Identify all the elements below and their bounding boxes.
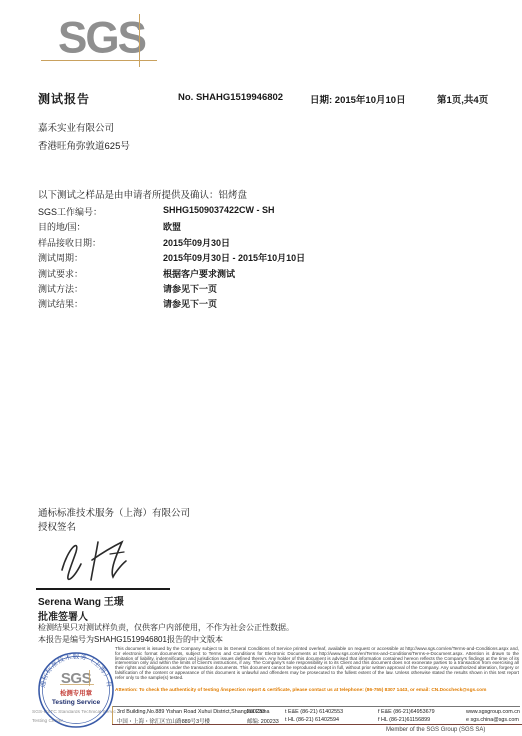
signer-name: Serena Wang 王璟 [38,593,124,608]
footer-bottom-rule [112,724,522,726]
detail-value: SHHG1509037422CW - SH [163,205,275,215]
page-indicator: 第1页,共4页 [437,92,488,106]
fax-hl: f HL (86-21)61156899 [378,717,430,723]
detail-label: 测试方法： [38,282,83,295]
detail-value: 欧盟 [163,220,181,233]
website: www.sgsgroup.com.cn [466,709,520,715]
testing-service-stamp-icon: 通标标准技术服务（上海）有限公司 SGS 检测专用章 Testing Servi… [36,650,116,730]
detail-label: 测试结果： [38,297,83,310]
address-box-left-border [112,706,113,724]
test-report-page: SGS 测试报告 No. SHAHG1519946802 日期: 2015年10… [0,0,522,736]
sgs-group-member-note: Member of the SGS Group (SGS SA) [386,727,485,733]
sgs-logo-text: SGS [58,16,145,61]
report-date: 日期: 2015年10月10日 [310,92,406,106]
table-row: 样品接收日期： 2015年09月30日 [38,236,498,251]
table-row: 目的地/国： 欧盟 [38,220,498,235]
table-row: 测试结果： 请参见下一页 [38,297,498,312]
result-scope-note: 检测结果只对测试样负责，仅供客户内部使用，不作为社会公正性数据。 [38,622,294,633]
fax-ee: f E&E (86-21)64953679 [378,709,435,715]
postcode-english: 200233 [247,709,265,715]
address-box-top-border [112,706,520,707]
report-details-table: SGS工作编号： SHHG1509037422CW - SH 目的地/国： 欧盟… [38,205,498,313]
sgs-logo-vertical-line [139,14,140,67]
detail-value: 2015年09月30日 [163,236,230,249]
table-row: 测试要求： 根据客户要求测试 [38,267,498,282]
legal-disclaimer: This document is issued by the Company s… [115,647,519,681]
table-row: SGS工作编号： SHHG1509037422CW - SH [38,205,498,220]
applicant-name: 嘉禾实业有限公司 [38,120,114,134]
signer-title: 批准签署人 [38,608,88,623]
handwritten-signature-icon [52,532,152,587]
detail-label: 样品接收日期： [38,236,101,249]
chinese-version-note: 本报告是编号为SHAHG1519946801报告的中文版本 [38,634,223,645]
stamp-service-text: Testing Service [52,699,101,706]
authorized-signature-label: 授权签名 [38,519,76,533]
applicant-address: 香港旺角弥敦道625号 [38,138,130,152]
report-number: No. SHAHG1519946802 [178,92,283,103]
detail-value: 根据客户要求测试 [163,267,235,280]
detail-label: 测试要求： [38,267,83,280]
detail-label: SGS工作编号： [38,205,102,218]
report-title: 测试报告 [38,90,90,107]
telephone-hl: t HL (86-21) 61402594 [285,717,339,723]
sample-statement: 以下测试之样品是由申请者所提供及确认：铝烤盘 [38,187,247,201]
detail-value: 请参见下一页 [163,297,217,310]
stamp-red-text: 检测专用章 [60,688,93,697]
detail-label: 测试周期： [38,251,83,264]
telephone-ee: t E&E (86-21) 61402553 [285,709,343,715]
detail-label: 目的地/国： [38,220,86,233]
table-row: 测试周期： 2015年09月30日 - 2015年10月10日 [38,251,498,266]
signature-line [36,588,170,590]
detail-value: 2015年09月30日 - 2015年10月10日 [163,251,305,264]
detail-value: 请参见下一页 [163,282,217,295]
email-address: e sgs.china@sgs.com [466,717,519,723]
authenticity-attention-note: Attention: To check the authenticity of … [115,688,519,693]
table-row: 测试方法： 请参见下一页 [38,282,498,297]
issuing-company-name: 通标标准技术服务（上海）有限公司 [38,505,190,519]
